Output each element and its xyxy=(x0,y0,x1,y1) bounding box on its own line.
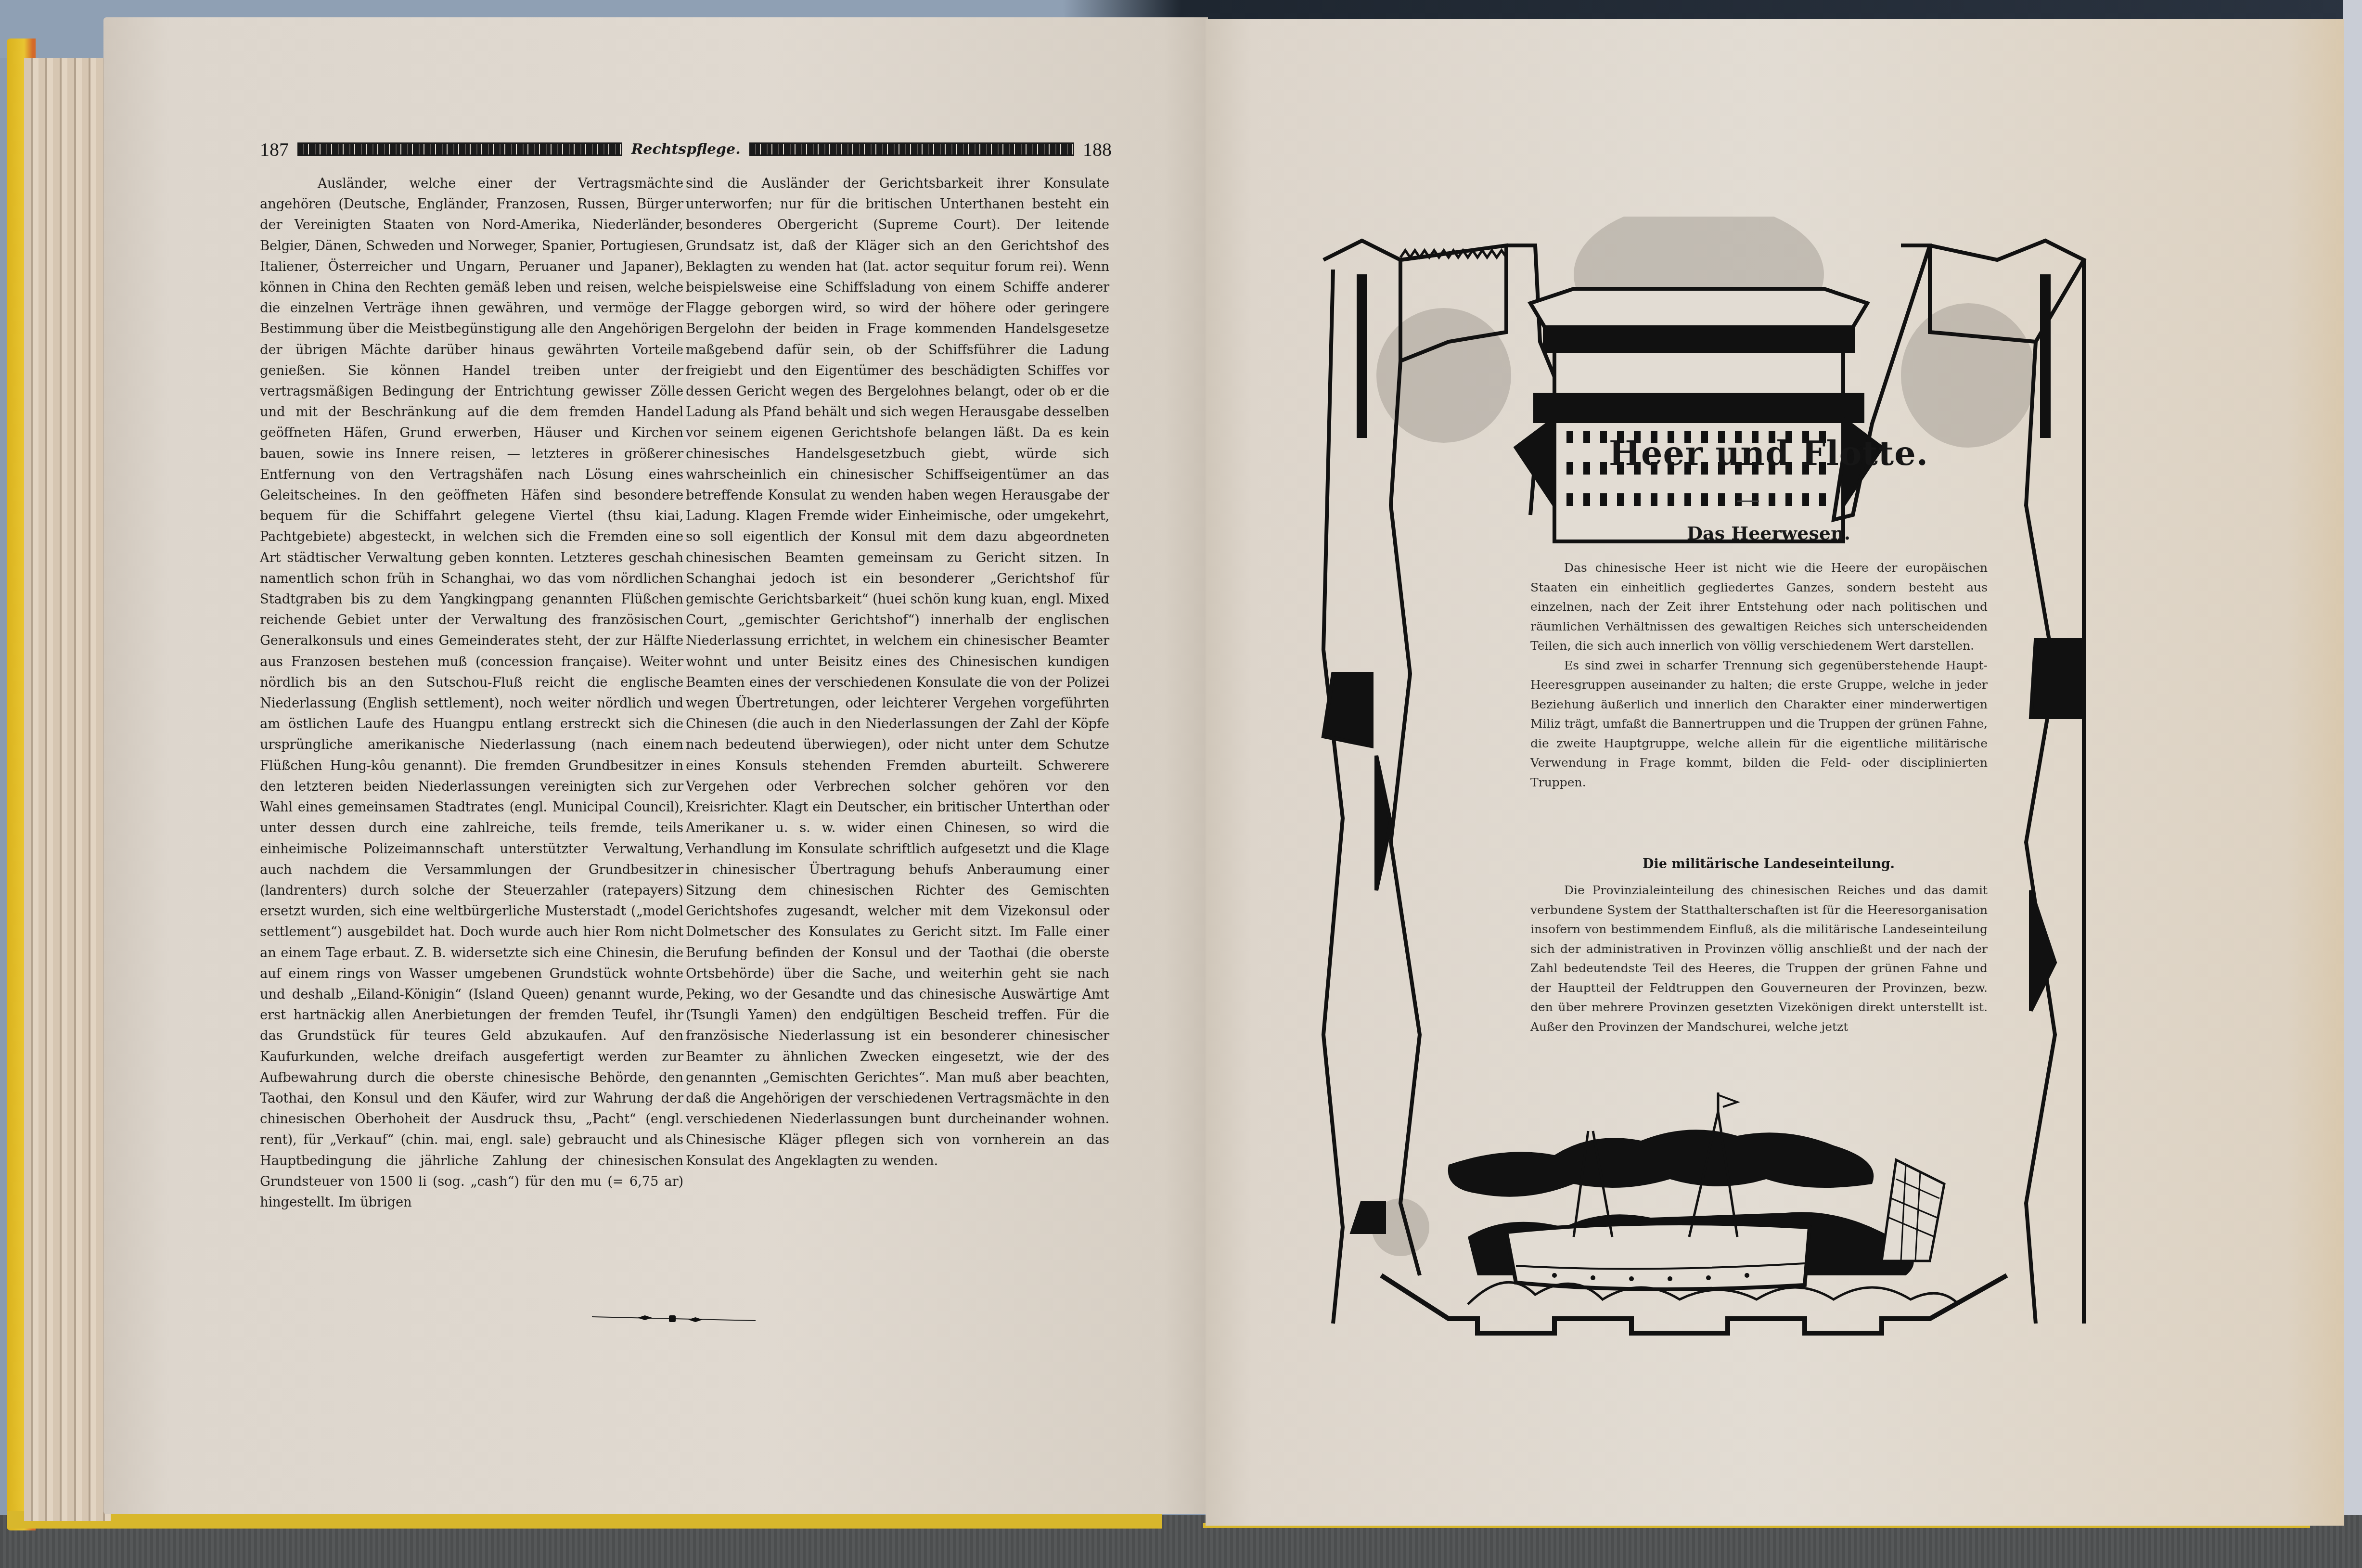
page-number-right: 188 xyxy=(1083,138,1112,161)
chapter-title: Heer und Flotte. xyxy=(1516,433,2021,473)
paragraph: Die Provinzialeinteilung des chinesische… xyxy=(1530,881,1988,1037)
section-heading: Das Heerwesen. xyxy=(1516,522,2021,544)
section-2-body: Die Provinzialeinteilung des chinesische… xyxy=(1530,881,1988,1037)
section-1-body: Das chinesische Heer ist nicht wie die H… xyxy=(1530,558,1988,792)
paragraph: Das chinesische Heer ist nicht wie die H… xyxy=(1530,558,1988,656)
text-column-b: sind die Ausländer der Gerichtsbarkeit i… xyxy=(686,173,1109,1171)
paragraph: sind die Ausländer der Gerichtsbarkeit i… xyxy=(686,173,1109,1171)
running-title: Rechtspflege. xyxy=(631,141,740,158)
paragraph: Es sind zwei in scharfer Trennung sich g… xyxy=(1530,656,1988,793)
wave-ornament-icon xyxy=(749,142,1074,156)
backdrop-right xyxy=(2343,0,2362,1568)
paragraph: Ausländer, welche einer der Vertragsmäch… xyxy=(260,173,683,1213)
wave-ornament-icon xyxy=(297,142,622,156)
page-stack-edges xyxy=(24,58,111,1521)
page-number-left: 187 xyxy=(260,138,289,161)
end-ornament-icon xyxy=(592,1314,756,1324)
running-head: 187 Rechtspflege. 188 xyxy=(260,135,1112,164)
title-divider xyxy=(1737,501,1759,502)
text-column-a: Ausländer, welche einer der Vertragsmäch… xyxy=(260,173,683,1213)
section-heading: Die militärische Landeseinteilung. xyxy=(1516,857,2021,872)
